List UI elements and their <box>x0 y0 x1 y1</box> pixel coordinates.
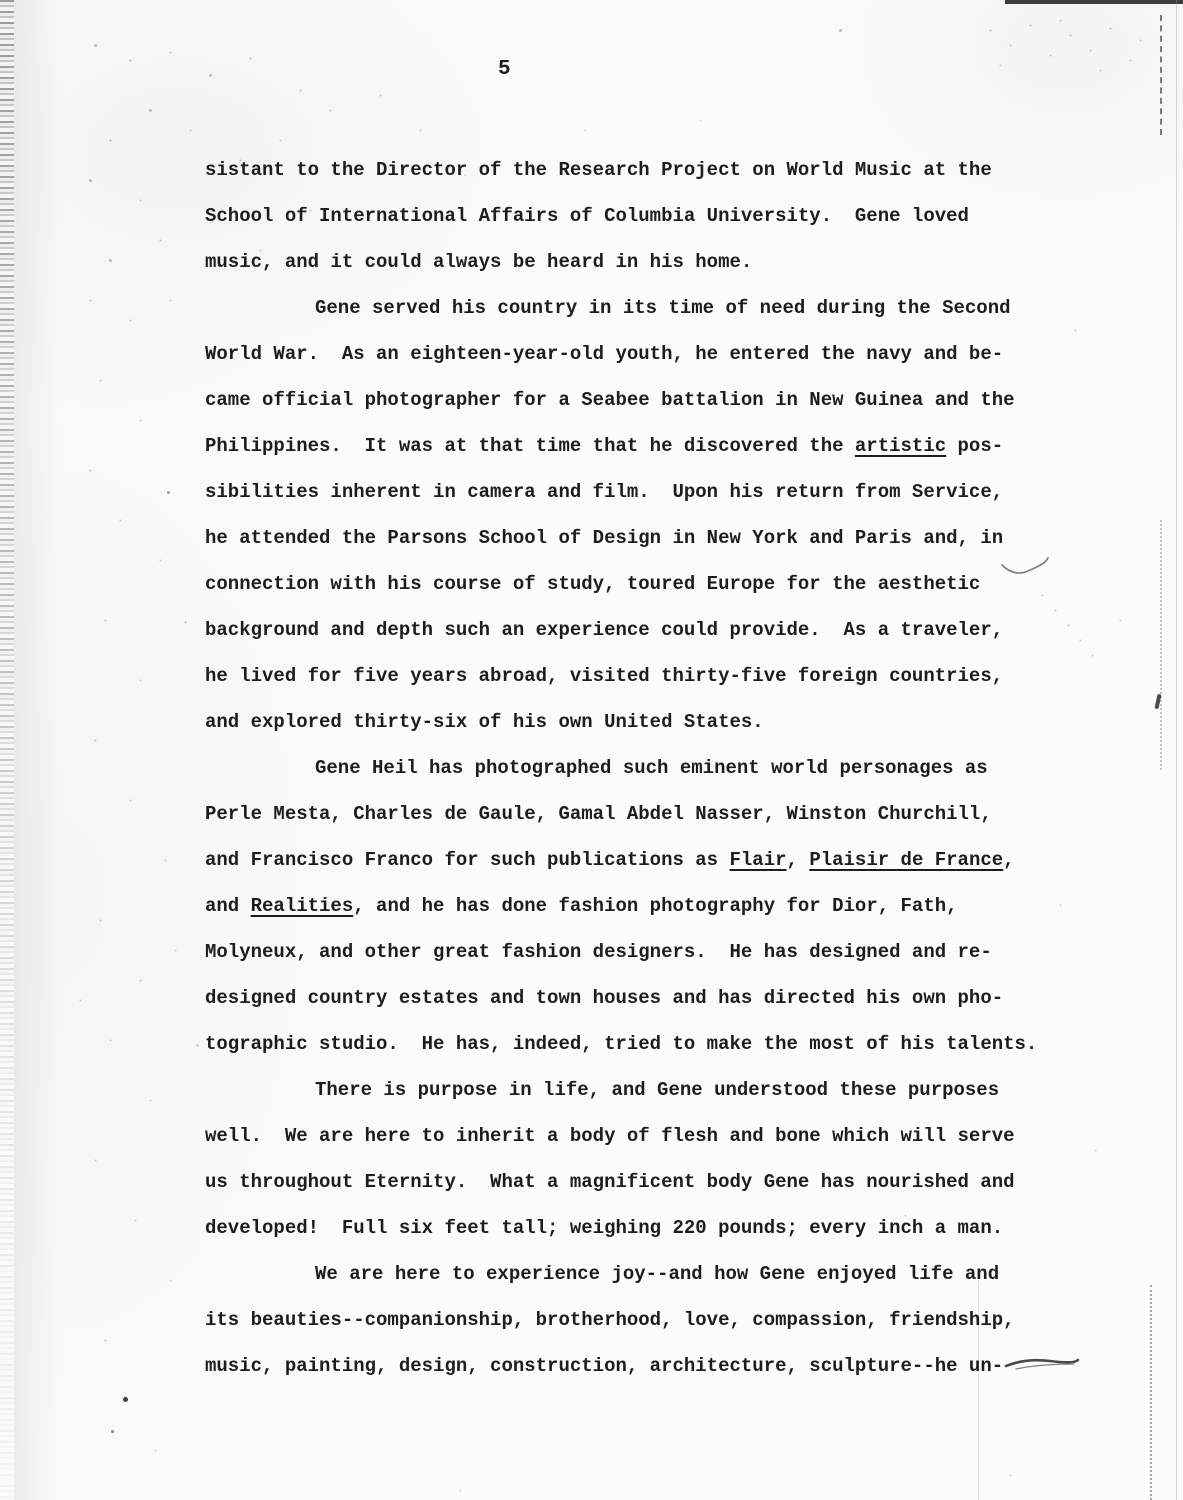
text-segment: and explored thirty-six of his own Unite… <box>205 711 764 733</box>
text-line: well. We are here to inherit a body of f… <box>205 1113 1075 1159</box>
text-segment: music, painting, design, construction, a… <box>205 1355 1003 1377</box>
crease-line <box>1150 1285 1152 1500</box>
text-line: us throughout Eternity. What a magnifice… <box>205 1159 1075 1205</box>
text-segment: World War. As an eighteen-year-old youth… <box>205 343 1003 365</box>
text-segment: School of International Affairs of Colum… <box>205 205 969 227</box>
page-number: 5 <box>498 58 511 81</box>
text-line: sistant to the Director of the Research … <box>205 147 1075 193</box>
underlined-text: artistic <box>855 435 946 457</box>
text-segment: developed! Full six feet tall; weighing … <box>205 1217 1003 1239</box>
text-segment: Perle Mesta, Charles de Gaule, Gamal Abd… <box>205 803 992 825</box>
spiral-binding-edge-texture <box>0 0 14 1500</box>
text-line: music, painting, design, construction, a… <box>205 1343 1075 1389</box>
text-line: he lived for five years abroad, visited … <box>205 653 1075 699</box>
text-line: connection with his course of study, tou… <box>205 561 1075 607</box>
page-edge-line <box>1176 0 1177 1500</box>
crease-line <box>1160 15 1162 135</box>
text-line: sibilities inherent in camera and film. … <box>205 469 1075 515</box>
text-line: and Francisco Franco for such publicatio… <box>205 837 1075 883</box>
scanned-document-page: 5 sistant to the Director of the Researc… <box>0 0 1183 1500</box>
text-segment: sibilities inherent in camera and film. … <box>205 481 1003 503</box>
text-segment: , <box>1003 849 1014 871</box>
text-line: tographic studio. He has, indeed, tried … <box>205 1021 1075 1067</box>
crease-line <box>1160 520 1162 770</box>
text-line: There is purpose in life, and Gene under… <box>205 1067 1075 1113</box>
text-segment: background and depth such an experience … <box>205 619 1003 641</box>
text-segment: music, and it could always be heard in h… <box>205 251 752 273</box>
text-segment: tographic studio. He has, indeed, tried … <box>205 1033 1037 1055</box>
text-segment: There is purpose in life, and Gene under… <box>315 1079 999 1101</box>
text-line: its beauties--companionship, brotherhood… <box>205 1297 1075 1343</box>
text-segment: and <box>205 895 251 917</box>
scanner-edge-bar <box>1005 0 1183 4</box>
text-line: music, and it could always be heard in h… <box>205 239 1075 285</box>
text-line: World War. As an eighteen-year-old youth… <box>205 331 1075 377</box>
text-segment: , and he has done fashion photography fo… <box>353 895 957 917</box>
text-segment: sistant to the Director of the Research … <box>205 159 992 181</box>
text-segment: us throughout Eternity. What a magnifice… <box>205 1171 1015 1193</box>
typewritten-text-block: sistant to the Director of the Research … <box>205 147 1075 1389</box>
text-segment: he lived for five years abroad, visited … <box>205 665 1003 687</box>
text-line: We are here to experience joy--and how G… <box>205 1251 1075 1297</box>
text-segment: well. We are here to inherit a body of f… <box>205 1125 1015 1147</box>
left-margin-shading <box>14 0 64 1500</box>
text-segment: Gene served his country in its time of n… <box>315 297 1011 319</box>
text-line: developed! Full six feet tall; weighing … <box>205 1205 1075 1251</box>
underlined-text: Plaisir de France <box>809 849 1003 871</box>
text-line: designed country estates and town houses… <box>205 975 1075 1021</box>
text-segment: designed country estates and town houses… <box>205 987 1003 1009</box>
text-line: Molyneux, and other great fashion design… <box>205 929 1075 975</box>
text-line: he attended the Parsons School of Design… <box>205 515 1075 561</box>
text-line: and Realities, and he has done fashion p… <box>205 883 1075 929</box>
text-segment: its beauties--companionship, brotherhood… <box>205 1309 1015 1331</box>
underlined-text: Realities <box>251 895 354 917</box>
text-line: came official photographer for a Seabee … <box>205 377 1075 423</box>
scan-noise-speckles <box>0 0 1 1</box>
text-line: Perle Mesta, Charles de Gaule, Gamal Abd… <box>205 791 1075 837</box>
text-line: background and depth such an experience … <box>205 607 1075 653</box>
text-line: Gene Heil has photographed such eminent … <box>205 745 1075 791</box>
text-line: and explored thirty-six of his own Unite… <box>205 699 1075 745</box>
text-segment: Gene Heil has photographed such eminent … <box>315 757 988 779</box>
text-segment: Molyneux, and other great fashion design… <box>205 941 992 963</box>
text-segment: connection with his course of study, tou… <box>205 573 980 595</box>
underlined-text: Flair <box>730 849 787 871</box>
text-segment: he attended the Parsons School of Design… <box>205 527 1003 549</box>
text-line: Philippines. It was at that time that he… <box>205 423 1075 469</box>
text-line: School of International Affairs of Colum… <box>205 193 1075 239</box>
text-segment: Philippines. It was at that time that he… <box>205 435 855 457</box>
text-segment: came official photographer for a Seabee … <box>205 389 1015 411</box>
text-segment: We are here to experience joy--and how G… <box>315 1263 999 1285</box>
ink-spot <box>123 1397 128 1402</box>
text-line: Gene served his country in its time of n… <box>205 285 1075 331</box>
text-segment: , <box>787 849 810 871</box>
text-segment: and Francisco Franco for such publicatio… <box>205 849 730 871</box>
text-segment: pos- <box>946 435 1003 457</box>
